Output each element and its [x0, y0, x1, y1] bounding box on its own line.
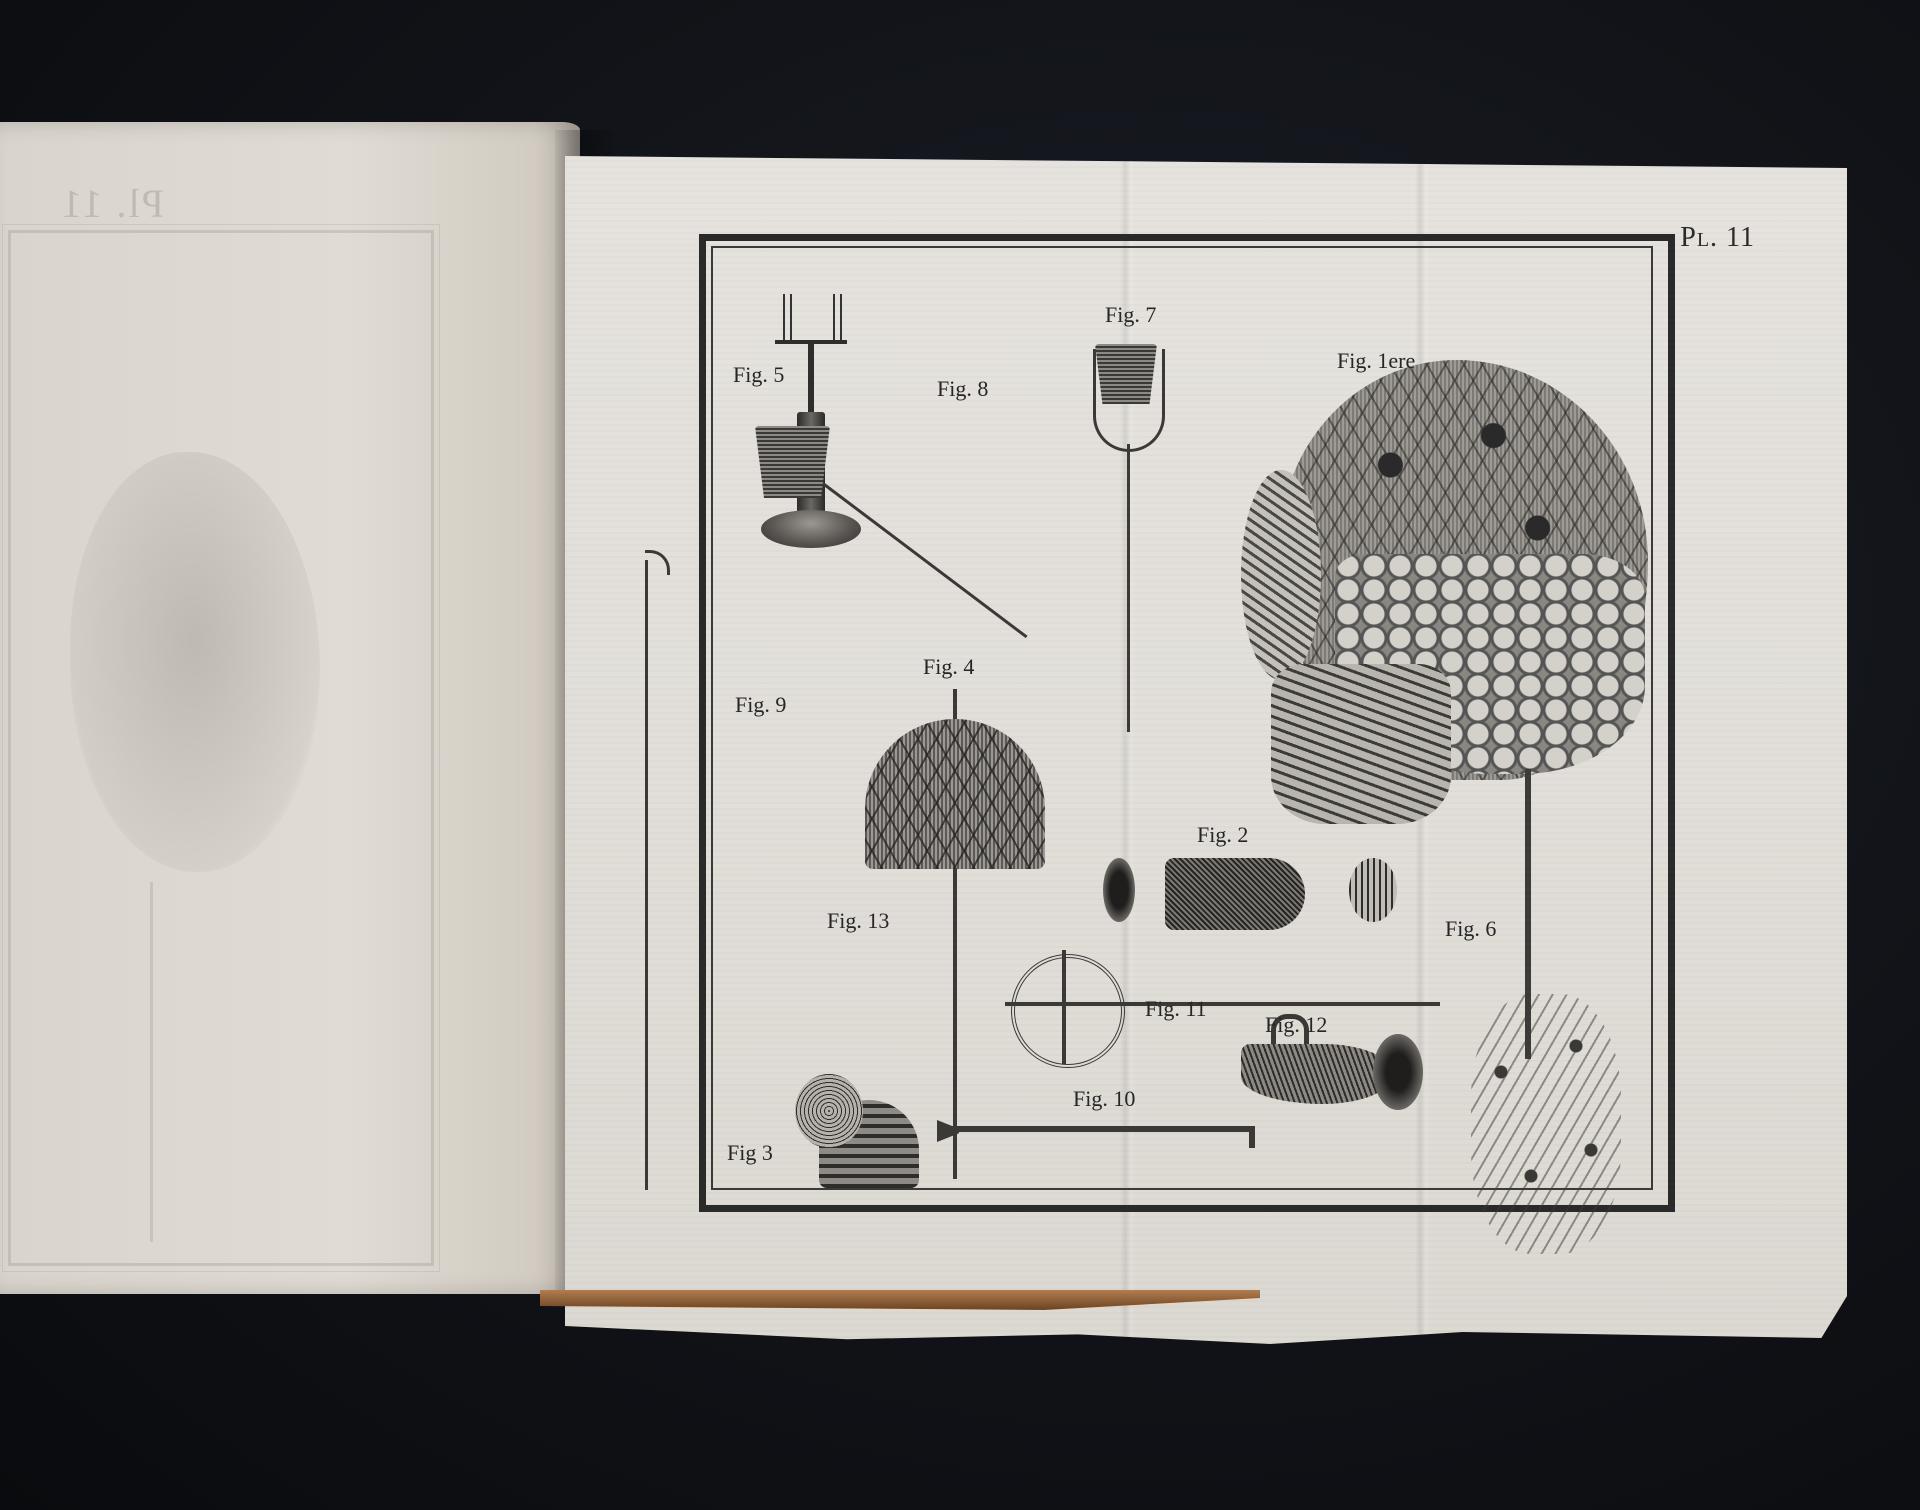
fig2-cap [1349, 858, 1397, 922]
fig2-tube [1165, 858, 1305, 930]
fig9-crook [645, 550, 670, 575]
fig7-label: Fig. 7 [1105, 302, 1156, 328]
fig11-ring [1011, 954, 1125, 1068]
left-page: Pl. 11 [0, 122, 580, 1294]
fig8-pot [755, 426, 830, 498]
fig5-rod [808, 342, 814, 416]
engraved-plate: Pl. 11 Fig. 5 Fig. 8 Fig. 7 Fig. 1ere Fi… [565, 144, 1847, 1344]
fig2-ring [1103, 858, 1135, 922]
plate-number: Pl. 11 [1680, 222, 1755, 254]
fig3-label: Fig 3 [727, 1140, 773, 1166]
fig2-label: Fig. 2 [1197, 822, 1248, 848]
fig1-queen-cells [1271, 664, 1451, 824]
fig5-prong [833, 294, 842, 342]
fig6-roots [1471, 994, 1621, 1254]
fig11-label: Fig. 11 [1145, 996, 1207, 1022]
photo-scene: Pl. 11 Pl. 11 Fig. 5 Fig. 8 Fig. 7 [0, 0, 1920, 1510]
fig1-envelope [1241, 470, 1321, 680]
fig1-label: Fig. 1ere [1337, 348, 1415, 374]
fig13-label: Fig. 13 [827, 908, 889, 934]
fig5-base [761, 510, 861, 548]
fig5-prong [783, 294, 792, 342]
left-page-ghost-root [150, 882, 273, 1242]
fig6-label: Fig. 6 [1445, 916, 1496, 942]
fig10-pipe [949, 1126, 1249, 1132]
fig5-label: Fig. 5 [733, 362, 784, 388]
fig9-label: Fig. 9 [735, 692, 786, 718]
fig11-crossbar [1062, 950, 1066, 1064]
fig4-label: Fig. 4 [923, 654, 974, 680]
fig12-vessel [1241, 1044, 1391, 1104]
fig12-label: Fig. 12 [1265, 1012, 1327, 1038]
fig8-label: Fig. 8 [937, 376, 988, 402]
fig12-bell [1373, 1034, 1423, 1110]
fig7-pot [1095, 344, 1157, 404]
fig10-end [1249, 1126, 1255, 1148]
left-page-ghost-title: Pl. 11 [60, 180, 164, 227]
fig9-staff [645, 560, 648, 1190]
fig3-disc [795, 1074, 863, 1148]
fig7-rod [1127, 444, 1130, 732]
fig11-bar [1005, 1002, 1440, 1006]
fig10-label: Fig. 10 [1073, 1086, 1135, 1112]
